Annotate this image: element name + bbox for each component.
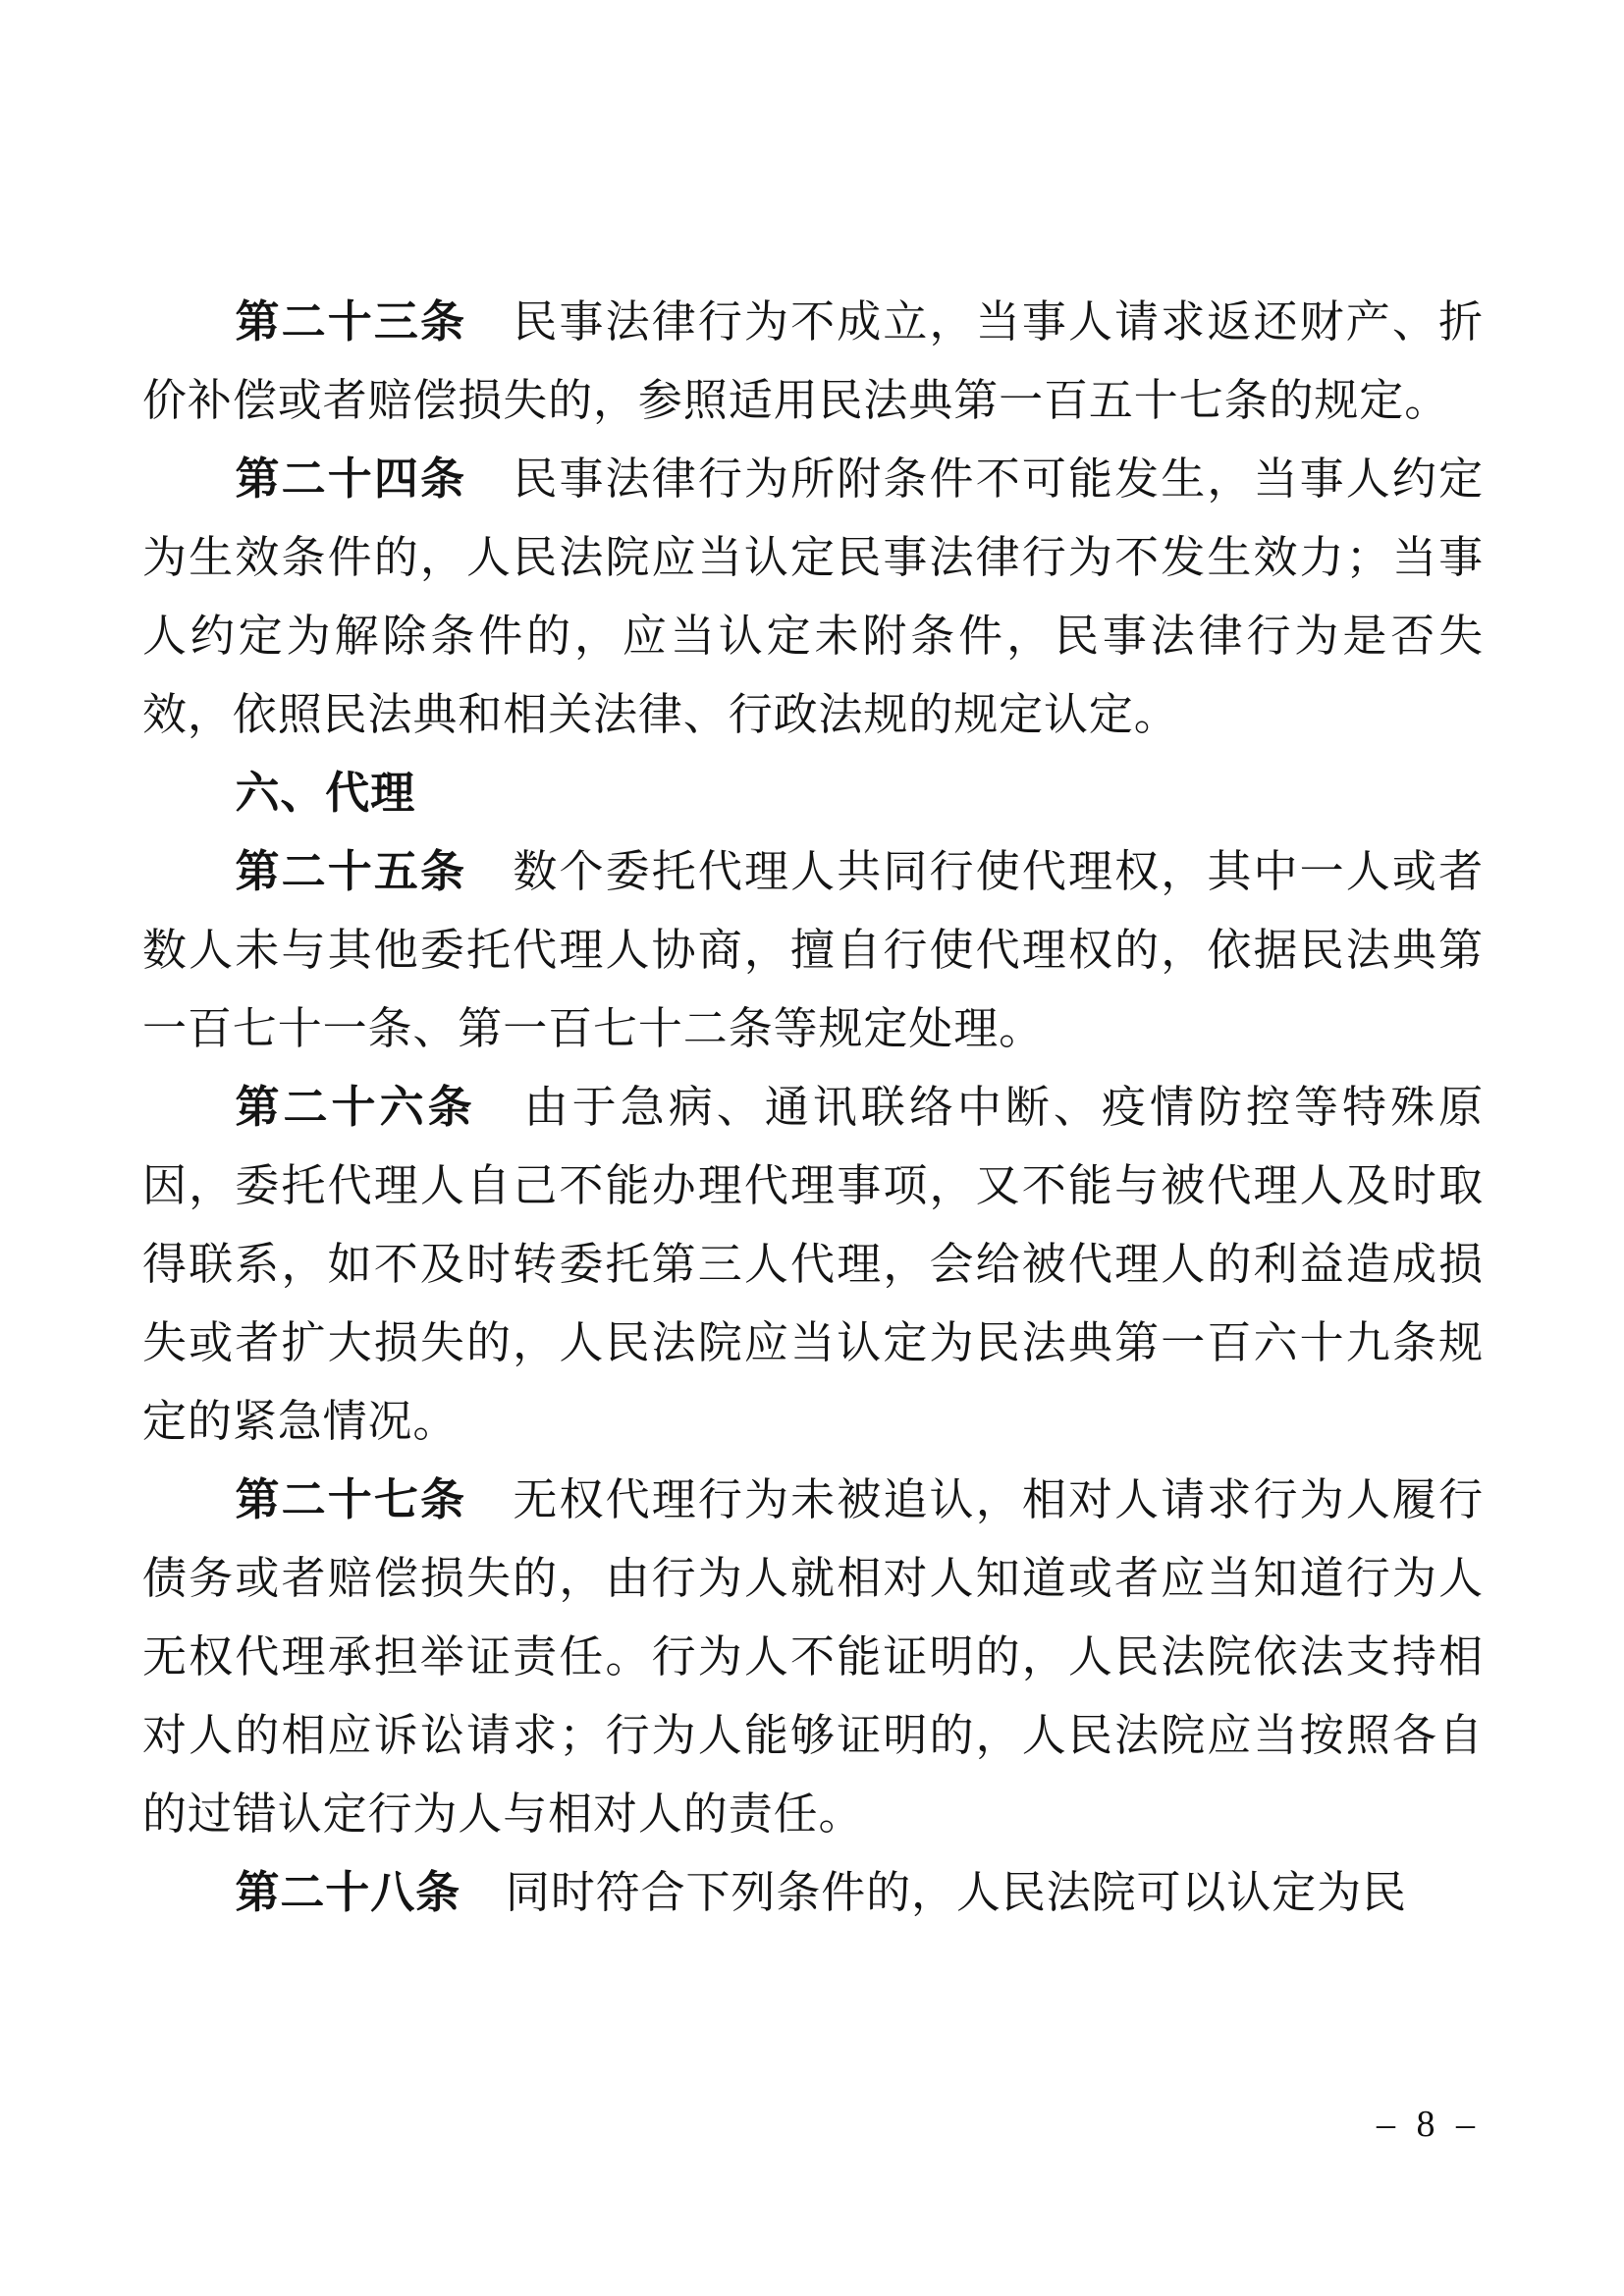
article-number: 第二十八条 xyxy=(236,1867,461,1917)
article-paragraph: 第二十七条 无权代理行为未被追认，相对人请求行为人履行债务或者赔偿损失的，由行为… xyxy=(142,1461,1484,1853)
article-paragraph: 第二十五条 数个委托代理人共同行使代理权，其中一人或者数人未与其他委托代理人协商… xyxy=(142,832,1484,1068)
article-number: 第二十四条 xyxy=(236,454,467,504)
article-number: 第二十六条 xyxy=(236,1082,476,1132)
article-number: 第二十三条 xyxy=(236,296,467,347)
article-paragraph: 第二十八条 同时符合下列条件的，人民法院可以认定为民 xyxy=(142,1853,1484,1932)
section-heading-label: 六、代理 xyxy=(236,768,416,818)
article-paragraph: 第二十三条 民事法律行为不成立，当事人请求返还财产、折价补偿或者赔偿损失的，参照… xyxy=(142,283,1484,440)
article-paragraph: 第二十六条 由于急病、通讯联络中断、疫情防控等特殊原因，委托代理人自己不能办理代… xyxy=(142,1068,1484,1461)
page-number: – 8 – xyxy=(1377,2101,1481,2148)
article-text: 同时符合下列条件的，人民法院可以认定为民 xyxy=(460,1868,1407,1917)
article-number: 第二十七条 xyxy=(236,1474,467,1524)
article-number: 第二十五条 xyxy=(236,846,467,896)
article-paragraph: 第二十四条 民事法律行为所附条件不可能发生，当事人约定为生效条件的，人民法院应当… xyxy=(142,440,1484,754)
section-heading: 六、代理 xyxy=(142,754,1484,832)
article-text: 无权代理行为未被追认，相对人请求行为人履行债务或者赔偿损失的，由行为人就相对人知… xyxy=(142,1475,1484,1839)
document-body: 第二十三条 民事法律行为不成立，当事人请求返还财产、折价补偿或者赔偿损失的，参照… xyxy=(142,283,1484,1932)
article-text: 由于急病、通讯联络中断、疫情防控等特殊原因，委托代理人自己不能办理代理事项，又不… xyxy=(142,1083,1484,1446)
